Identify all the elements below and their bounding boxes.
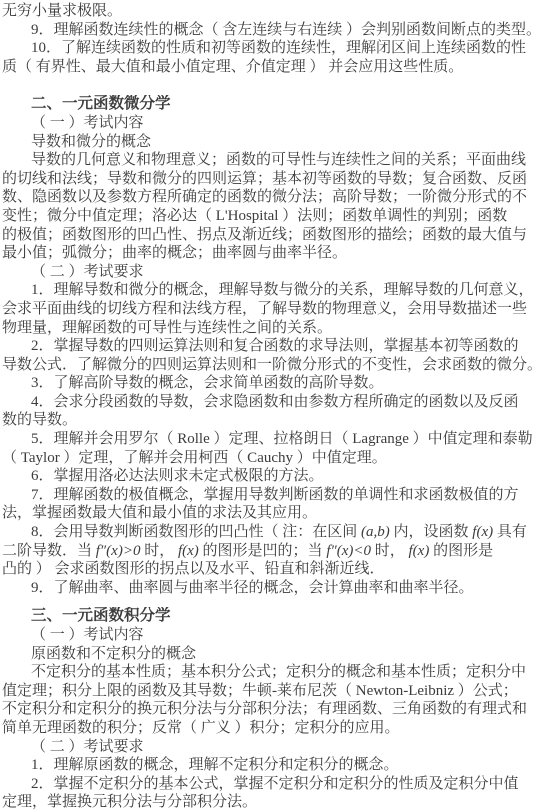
text-segment: 的图形是 bbox=[433, 543, 493, 559]
document-page: 无穷小量求极限。9．理解函数连续性的概念（ 含左连续与右连续 ）会判别函数间断点… bbox=[0, 0, 542, 811]
text-segment: 法，掌握函数最大值和最小值的求法及其应用。 bbox=[2, 505, 317, 521]
text-line: 物理量，理解函数的可导性与连续性之间的关系。 bbox=[2, 319, 541, 338]
text-segment: 9．理解函数连续性的概念（ 含左连续与右连续 ）会判别函数间断点的类型。 bbox=[31, 22, 541, 38]
math-expression: f(x) bbox=[405, 543, 433, 559]
text-segment: 时， bbox=[375, 543, 405, 559]
text-line: 不定积分的基本性质；基本积分公式；定积分的概念和基本性质；定积分中 bbox=[2, 663, 541, 682]
text-segment: 2．掌握导数的四则运算法则和复合函数的求导法则，掌握基本初等函数的 bbox=[31, 338, 519, 354]
text-segment: 不定积分和定积分的换元积分法与分部积分法；有理函数、三角函数的有理式和 bbox=[2, 701, 527, 717]
text-line: 2．掌握不定积分的基本公式，掌握不定积分和定积分的性质及定积分中值 bbox=[2, 775, 541, 794]
text-segment: 的图形是凹的；当 bbox=[203, 543, 323, 559]
text-segment: 4．会求分段函数的导数，会求隐函数和由参数方程所确定的函数以及反函 bbox=[31, 394, 519, 410]
text-line: 6．掌握用洛必达法则求未定式极限的方法。 bbox=[2, 467, 541, 486]
text-line: （ 二 ）考试要求 bbox=[2, 263, 541, 282]
text-segment: 9．了解曲率、曲率圆与曲率半径的概念，会计算曲率和曲率半径。 bbox=[31, 580, 474, 596]
math-expression: f″(x)>0 bbox=[92, 543, 144, 559]
text-line: 无穷小量求极限。 bbox=[2, 2, 541, 21]
text-line: 7．理解函数的极值概念，掌握用导数判断函数的单调性和求函数极值的方 bbox=[2, 486, 541, 505]
math-expression: f″(x)<0 bbox=[323, 543, 375, 559]
text-segment: 定理，掌握换元积分法与分部积分法。 bbox=[2, 794, 257, 810]
text-line: 8．会用导数判断函数图形的凹凸性（ 注：在区间 (a,b) 内，设函数 f(x)… bbox=[2, 523, 541, 542]
math-expression: f(x) bbox=[469, 524, 497, 540]
text-segment: 数、隐函数以及参数方程所确定的函数的微分法；高阶导数；一阶微分形式的不 bbox=[2, 189, 527, 205]
text-segment: 值定理；积分上限的函数及其导数；牛顿-莱布尼茨（ Newton-Leibniz … bbox=[2, 683, 518, 699]
text-segment: 10．了解连续函数的性质和初等函数的连续性，理解闭区间上连续函数的性 bbox=[31, 40, 526, 56]
math-expression: f(x) bbox=[174, 543, 202, 559]
text-line: 最小值；弧微分；曲率的概念；曲率圆与曲率半径。 bbox=[2, 244, 541, 263]
text-segment: 5．理解并会用罗尔（ Rolle ）定理、拉格朗日（ Lagrange ）中值定… bbox=[31, 431, 533, 447]
text-segment: 具有 bbox=[497, 524, 527, 540]
section-heading: 三、一元函数积分学 bbox=[2, 607, 541, 626]
text-segment: 的切线和法线；导数和微分的四则运算；基本初等函数的导数；复合函数、反函 bbox=[2, 171, 527, 187]
text-line: 数、隐函数以及参数方程所确定的函数的微分法；高阶导数；一阶微分形式的不 bbox=[2, 188, 541, 207]
text-line: 二阶导数．当 f″(x)>0 时， f(x) 的图形是凹的；当 f″(x)<0 … bbox=[2, 542, 541, 561]
text-segment: 7．理解函数的极值概念，掌握用导数判断函数的单调性和求函数极值的方 bbox=[31, 487, 519, 503]
text-line: 变性；微分中值定理；洛必达（ L'Hospital ）法则；函数单调性的判别；函… bbox=[2, 207, 541, 226]
text-segment: 内，设函数 bbox=[394, 524, 469, 540]
text-line: 9．理解函数连续性的概念（ 含左连续与右连续 ）会判别函数间断点的类型。 bbox=[2, 21, 541, 40]
text-line: 5．理解并会用罗尔（ Rolle ）定理、拉格朗日（ Lagrange ）中值定… bbox=[2, 430, 541, 449]
math-expression: (a,b) bbox=[357, 524, 393, 540]
text-segment: 6．掌握用洛必达法则求未定式极限的方法。 bbox=[31, 468, 324, 484]
text-line: （ 二 ）考试要求 bbox=[2, 738, 541, 757]
text-line: 简单无理函数的积分；反常（ 广义 ）积分；定积分的应用。 bbox=[2, 719, 541, 738]
text-line: 导数公式．了解微分的四则运算法则和一阶微分形式的不变性，会求函数的微分。 bbox=[2, 356, 541, 375]
text-segment: 物理量，理解函数的可导性与连续性之间的关系。 bbox=[2, 320, 332, 336]
text-segment: 的极值；函数图形的凹凸性、拐点及渐近线；函数图形的描绘；函数的最大值与 bbox=[2, 227, 527, 243]
text-segment: 变性；微分中值定理；洛必达（ L'Hospital ）法则；函数单调性的判别；函… bbox=[2, 208, 507, 224]
text-segment: 二、一元函数微分学 bbox=[31, 95, 171, 112]
text-segment: 导数公式．了解微分的四则运算法则和一阶微分形式的不变性，会求函数的微分。 bbox=[2, 357, 541, 373]
text-line: 2．掌握导数的四则运算法则和复合函数的求导法则，掌握基本初等函数的 bbox=[2, 337, 541, 356]
text-line: 法，掌握函数最大值和最小值的求法及其应用。 bbox=[2, 504, 541, 523]
text-line: （ Taylor ）定理，了解并会用柯西（ Cauchy ）中值定理。 bbox=[2, 449, 541, 468]
text-line: 导数和微分的概念 bbox=[2, 133, 541, 152]
text-segment: 不定积分的基本性质；基本积分公式；定积分的概念和基本性质；定积分中 bbox=[31, 664, 526, 680]
text-segment: 二阶导数．当 bbox=[2, 543, 92, 559]
text-line: 定理，掌握换元积分法与分部积分法。 bbox=[2, 793, 541, 811]
text-line: 导数的几何意义和物理意义；函数的可导性与连续性之间的关系；平面曲线 bbox=[2, 151, 541, 170]
section-heading: 二、一元函数微分学 bbox=[2, 95, 541, 114]
text-segment: 凸的 ） 会求函数图形的拐点以及水平、铅直和斜渐近线． bbox=[2, 561, 385, 577]
text-segment: 原函数和不定积分的概念 bbox=[31, 646, 196, 662]
text-segment: 2．掌握不定积分的基本公式，掌握不定积分和定积分的性质及定积分中值 bbox=[31, 776, 519, 792]
text-line: （ 一 ）考试内容 bbox=[2, 626, 541, 645]
text-line: （ 一 ）考试内容 bbox=[2, 114, 541, 133]
text-segment: 导数的几何意义和物理意义；函数的可导性与连续性之间的关系；平面曲线 bbox=[31, 152, 526, 168]
text-line: 的切线和法线；导数和微分的四则运算；基本初等函数的导数；复合函数、反函 bbox=[2, 170, 541, 189]
text-line: 1．理解导数和微分的概念，理解导数与微分的关系，理解导数的几何意义， bbox=[2, 281, 541, 300]
text-line: 10．了解连续函数的性质和初等函数的连续性，理解闭区间上连续函数的性 bbox=[2, 39, 541, 58]
text-segment: 最小值；弧微分；曲率的概念；曲率圆与曲率半径。 bbox=[2, 245, 347, 261]
text-line: 4．会求分段函数的导数，会求隐函数和由参数方程所确定的函数以及反函 bbox=[2, 393, 541, 412]
text-line: 数的导数。 bbox=[2, 411, 541, 430]
text-line: 会求平面曲线的切线方程和法线方程，了解导数的物理意义，会用导数描述一些 bbox=[2, 300, 541, 319]
text-segment: 时， bbox=[144, 543, 174, 559]
text-segment: 质（ 有界性、最大值和最小值定理、介值定理 ） 并会应用这些性质。 bbox=[2, 59, 463, 75]
text-segment: 1．理解导数和微分的概念，理解导数与微分的关系，理解导数的几何意义， bbox=[31, 282, 534, 298]
text-segment: 简单无理函数的积分；反常（ 广义 ）积分；定积分的应用。 bbox=[2, 720, 400, 736]
text-segment: 三、一元函数积分学 bbox=[31, 607, 171, 624]
text-segment: （ Taylor ）定理，了解并会用柯西（ Cauchy ）中值定理。 bbox=[2, 450, 387, 466]
text-segment: （ 一 ）考试内容 bbox=[31, 115, 144, 131]
text-segment: 1．理解原函数的概念，理解不定积分和定积分的概念。 bbox=[31, 757, 399, 773]
text-line: 质（ 有界性、最大值和最小值定理、介值定理 ） 并会应用这些性质。 bbox=[2, 58, 541, 77]
text-line: 的极值；函数图形的凹凸性、拐点及渐近线；函数图形的描绘；函数的最大值与 bbox=[2, 226, 541, 245]
text-line: 1．理解原函数的概念，理解不定积分和定积分的概念。 bbox=[2, 756, 541, 775]
text-line: 9．了解曲率、曲率圆与曲率半径的概念，会计算曲率和曲率半径。 bbox=[2, 579, 541, 598]
text-segment: 无穷小量求极限。 bbox=[2, 3, 122, 19]
text-line: 值定理；积分上限的函数及其导数；牛顿-莱布尼茨（ Newton-Leibniz … bbox=[2, 682, 541, 701]
text-segment: 会求平面曲线的切线方程和法线方程，了解导数的物理意义，会用导数描述一些 bbox=[2, 301, 527, 317]
text-line: 不定积分和定积分的换元积分法与分部积分法；有理函数、三角函数的有理式和 bbox=[2, 700, 541, 719]
text-segment: 3．了解高阶导数的概念，会求简单函数的高阶导数。 bbox=[31, 375, 384, 391]
text-line: 凸的 ） 会求函数图形的拐点以及水平、铅直和斜渐近线． bbox=[2, 560, 541, 579]
blank-line bbox=[2, 76, 541, 95]
text-segment: （ 二 ）考试要求 bbox=[31, 264, 144, 280]
blank-line bbox=[2, 597, 541, 607]
text-line: 原函数和不定积分的概念 bbox=[2, 645, 541, 664]
text-segment: （ 二 ）考试要求 bbox=[31, 739, 144, 755]
text-segment: 数的导数。 bbox=[2, 412, 77, 428]
text-segment: 8．会用导数判断函数图形的凹凸性（ 注：在区间 bbox=[31, 524, 357, 540]
text-segment: 导数和微分的概念 bbox=[31, 134, 151, 150]
text-line: 3．了解高阶导数的概念，会求简单函数的高阶导数。 bbox=[2, 374, 541, 393]
text-segment: （ 一 ）考试内容 bbox=[31, 627, 144, 643]
